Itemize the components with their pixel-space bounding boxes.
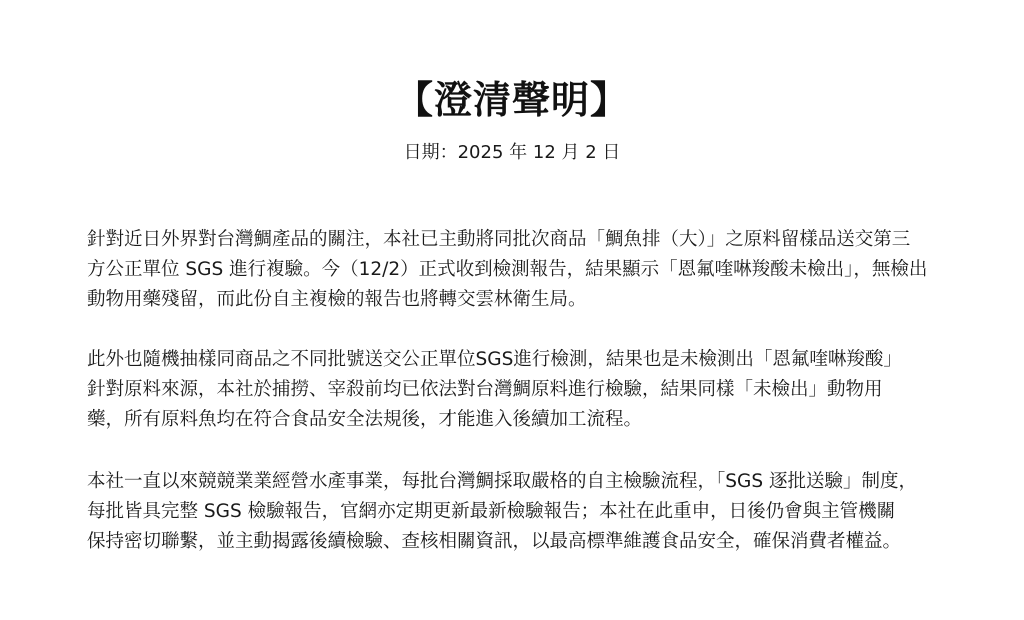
- paragraph-test-results: 針對近日外界對台灣鯛產品的關注，本社已主動將同批次商品「鯛魚排（大）」之原料留樣…: [87, 225, 967, 315]
- paragraph-line: 動物用藥殘留，而此份自主複檢的報告也將轉交雲林衛生局。: [87, 285, 967, 315]
- paragraph-line: 每批皆具完整 SGS 檢驗報告，官網亦定期更新最新檢驗報告；本社在此重申，日後仍…: [87, 497, 967, 527]
- paragraph-line: 針對近日外界對台灣鯛產品的關注，本社已主動將同批次商品「鯛魚排（大）」之原料留樣…: [87, 225, 967, 255]
- statement-title: 【澄清聲明】: [0, 76, 1024, 124]
- paragraph-line: 藥，所有原料魚均在符合食品安全法規後，才能進入後續加工流程。: [87, 405, 967, 435]
- paragraph-line: 本社一直以來競競業業經營水產事業，每批台灣鯛採取嚴格的自主檢驗流程，「SGS 逐…: [87, 467, 967, 497]
- statement-date: 日期：2025 年 12 月 2 日: [0, 140, 1024, 166]
- paragraph-line: 保持密切聯繫，並主動揭露後續檢驗、查核相關資訊，以最高標準維護食品安全，確保消費…: [87, 527, 967, 557]
- paragraph-company-commitment: 本社一直以來競競業業經營水產事業，每批台灣鯛採取嚴格的自主檢驗流程，「SGS 逐…: [87, 467, 967, 557]
- paragraph-line: 針對原料來源，本社於捕撈、宰殺前均已依法對台灣鯛原料進行檢驗，結果同樣「未檢出」…: [87, 375, 967, 405]
- paragraph-additional-testing: 此外也隨機抽樣同商品之不同批號送交公正單位SGS進行檢測，結果也是未檢測出「恩氟…: [87, 345, 967, 435]
- paragraph-line: 方公正單位 SGS 進行複驗。今（12/2）正式收到檢測報告，結果顯示「恩氟喹啉…: [87, 255, 967, 285]
- paragraph-line: 此外也隨機抽樣同商品之不同批號送交公正單位SGS進行檢測，結果也是未檢測出「恩氟…: [87, 345, 967, 375]
